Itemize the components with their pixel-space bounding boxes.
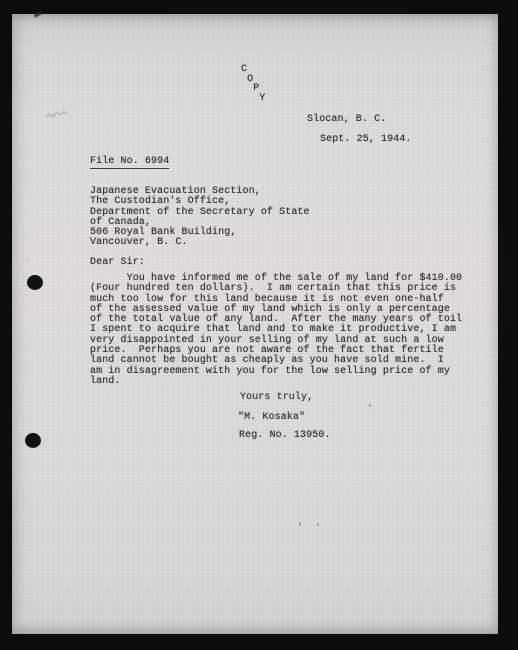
letter-body: You have informed me of the sale of my l… — [90, 274, 462, 387]
letter-page: C O P Y Slocan, B. C. Sept. 25, 1944. Fi… — [12, 14, 498, 634]
pencil-mark — [46, 110, 69, 121]
date-line: Sept. 25, 1944. — [320, 135, 412, 145]
signature: "M. Kosaka" — [238, 413, 305, 423]
place-line: Slocan, B. C. — [307, 115, 386, 125]
stray-speck — [317, 523, 319, 526]
copy-stamp: C O P Y — [241, 65, 265, 103]
recipient-address: Japanese Evacuation Section, The Custodi… — [90, 187, 310, 249]
stray-speck — [299, 522, 301, 526]
salutation: Dear Sir: — [90, 258, 145, 268]
stray-speck — [368, 404, 371, 408]
registration-number: Reg. No. 13950. — [239, 431, 331, 441]
hole-punch-top — [27, 275, 43, 290]
file-number: File No. 6994 — [90, 157, 169, 167]
closing: Yours truly, — [240, 393, 313, 403]
hole-punch-bottom — [25, 433, 41, 448]
file-number-text: File No. 6994 — [90, 156, 169, 169]
